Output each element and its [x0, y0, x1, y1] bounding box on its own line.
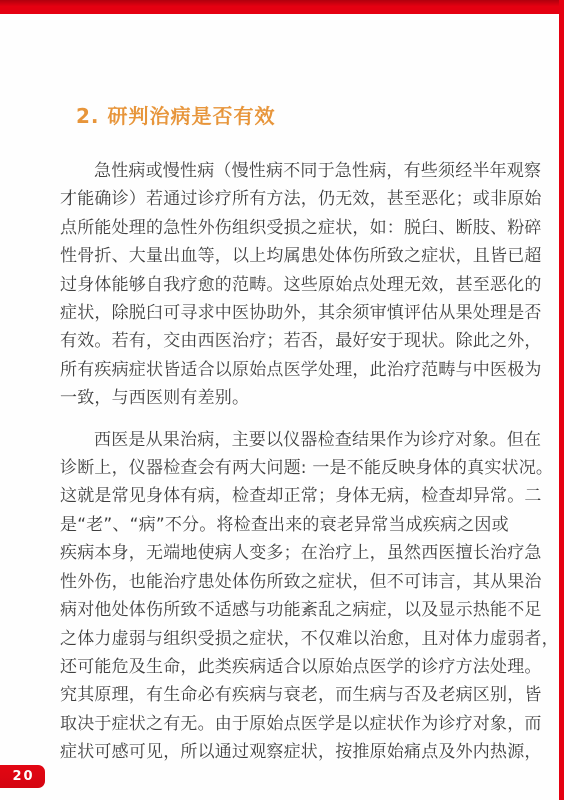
top-red-bar [0, 0, 564, 14]
text-line: 症状可感可见，所以通过观察症状，按推原始痛点及外内热源， [60, 738, 530, 766]
body-text: 急性病或慢性病（慢性病不同于急性病，有些须经半年观察才能确诊）若通过诊疗所有方法… [60, 157, 530, 767]
text-line: 急性病或慢性病（慢性病不同于急性病，有些须经半年观察 [60, 157, 530, 185]
text-line: 点所能处理的急性外伤组织受损之症状，如：脱臼、断肢、粉碎 [60, 214, 530, 242]
right-red-bar [559, 0, 564, 800]
text-line: 一致，与西医则有差别。 [60, 384, 530, 412]
page-number-badge: 20 [0, 765, 45, 788]
text-line: 诊断上，仪器检查会有两大问题: 一是不能反映身体的真实状况。 [60, 454, 530, 482]
section-heading: 2. 研判治病是否有效 [76, 100, 275, 129]
text-line: 症状，除脱臼可寻求中医协助外，其余须审慎评估从果处理是否 [60, 299, 530, 327]
text-line: 这就是常见身体有病，检查却正常；身体无病，检查却异常。二 [60, 482, 530, 510]
text-line: 之体力虚弱与组织受损之症状，不仅难以治愈，且对体力虚弱者， [60, 625, 530, 653]
text-line: 究其原理，有生命必有疾病与衰老，而生病与否及老病区别，皆 [60, 681, 530, 709]
text-line: 才能确诊）若通过诊疗所有方法，仍无效，甚至恶化；或非原始 [60, 185, 530, 213]
text-line: 疾病本身，无端地使病人变多；在治疗上，虽然西医擅长治疗急 [60, 539, 530, 567]
text-line: 过身体能够自我疗愈的范畴。这些原始点处理无效，甚至恶化的 [60, 271, 530, 299]
text-line: 性骨折、大量出血等，以上均属患处体伤所致之症状，且皆已超 [60, 242, 530, 270]
text-line: 所有疾病症状皆适合以原始点医学处理，此治疗范畴与中医极为 [60, 356, 530, 384]
text-line: 取决于症状之有无。由于原始点医学是以症状作为诊疗对象，而 [60, 710, 530, 738]
text-line: 有效。若有，交由西医治疗；若否，最好安于现状。除此之外， [60, 327, 530, 355]
paragraph-acute-chronic: 急性病或慢性病（慢性病不同于急性病，有些须经半年观察才能确诊）若通过诊疗所有方法… [60, 157, 530, 413]
text-line: 还可能危及生命，此类疾病适合以原始点医学的诊疗方法处理。 [60, 653, 530, 681]
paragraph-western-medicine: 西医是从果治病，主要以仪器检查结果作为诊疗对象。但在诊断上，仪器检查会有两大问题… [60, 426, 530, 767]
text-line: 西医是从果治病，主要以仪器检查结果作为诊疗对象。但在 [60, 426, 530, 454]
page-number: 20 [12, 769, 34, 784]
book-page: 2. 研判治病是否有效 急性病或慢性病（慢性病不同于急性病，有些须经半年观察才能… [0, 0, 564, 800]
text-line: 是“老”、“病”不分。将检查出来的衰老异常当成疾病之因或 [60, 511, 530, 539]
text-line: 病对他处体伤所致不适感与功能紊乱之病症，以及显示热能不足 [60, 596, 530, 624]
text-line: 性外伤，也能治疗患处体伤所致之症状，但不可讳言，其从果治 [60, 568, 530, 596]
